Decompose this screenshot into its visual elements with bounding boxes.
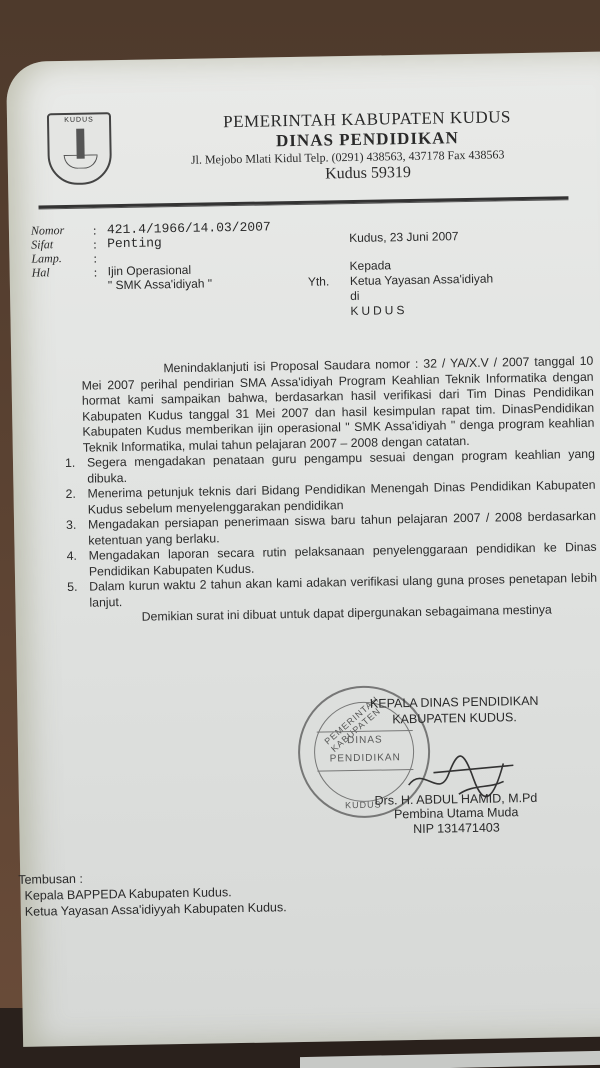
letterhead: KUDUS PEMERINTAH KABUPATEN KUDUS DINAS P… (37, 104, 569, 223)
opening-paragraph: Menindaklanjuti isi Proposal Saudara nom… (81, 354, 595, 456)
carbon-copy-item: Ketua Yayasan Assa'idiyyah Kabupaten Kud… (25, 899, 287, 920)
recipient-line2: Ketua Yayasan Assa'idiyah (350, 272, 494, 289)
letter-date: Kudus, 23 Juni 2007 (349, 229, 493, 245)
meta-colon: : (93, 222, 107, 236)
list-number: 2. (65, 487, 88, 518)
conditions-list: 1.Segera mengadakan penataan guru pengam… (83, 447, 598, 611)
meta-label: Hal (32, 265, 94, 280)
crest-base-icon (64, 154, 98, 169)
letter-number: 421.4/1966/14.03/2007 (107, 219, 271, 236)
meta-label: Nomor (31, 223, 93, 238)
date-recipient-block: Kudus, 23 Juni 2007 Yth. Kepada Ketua Ya… (349, 229, 494, 319)
signature-block: KEPALA DINAS PENDIDIKAN KABUPATEN KUDUS.… (339, 692, 571, 838)
meta-label-blank (32, 279, 94, 294)
subject-line2: " SMK Assa'idiyah " (108, 276, 212, 292)
signatory-nip: NIP 131471403 (341, 819, 571, 838)
list-number: 1. (65, 456, 88, 487)
letter-page: KUDUS PEMERINTAH KABUPATEN KUDUS DINAS P… (6, 51, 600, 1046)
meta-row-hal-2: " SMK Assa'idiyah " (32, 275, 272, 293)
meta-colon-blank (94, 278, 108, 292)
regency-crest-icon: KUDUS (47, 112, 112, 185)
letter-metadata: Nomor : 421.4/1966/14.03/2007 Sifat : Pe… (31, 219, 272, 293)
carbon-copy-list: Kepala BAPPEDA Kabupaten Kudus. Ketua Ya… (24, 883, 286, 920)
meta-label: Sifat (31, 237, 93, 252)
signatory-title: KEPALA DINAS PENDIDIKAN KABUPATEN KUDUS. (339, 692, 570, 728)
subject-line1: Ijin Operasional (108, 263, 192, 278)
letterhead-text: PEMERINTAH KABUPATEN KUDUS DINAS PENDIDI… (157, 106, 578, 186)
list-number: 5. (67, 580, 90, 611)
letter-nature: Penting (107, 235, 162, 250)
meta-colon: : (94, 264, 108, 278)
letter-body: Menindaklanjuti isi Proposal Saudara nom… (81, 354, 598, 626)
meta-label: Lamp. (31, 251, 93, 266)
carbon-copy-section: Tembusan : Kepala BAPPEDA Kabupaten Kudu… (18, 867, 287, 920)
recipient-line4: KUDUS (350, 302, 494, 319)
letterhead-divider (39, 196, 569, 209)
recipient: Yth. Kepada Ketua Yayasan Assa'idiyah di… (349, 257, 493, 319)
meta-colon: : (93, 236, 107, 250)
recipient-prefix: Yth. (308, 274, 330, 288)
crest-label: KUDUS (49, 116, 109, 124)
list-number: 4. (67, 549, 90, 580)
meta-colon: : (93, 250, 107, 264)
list-number: 3. (66, 518, 89, 549)
